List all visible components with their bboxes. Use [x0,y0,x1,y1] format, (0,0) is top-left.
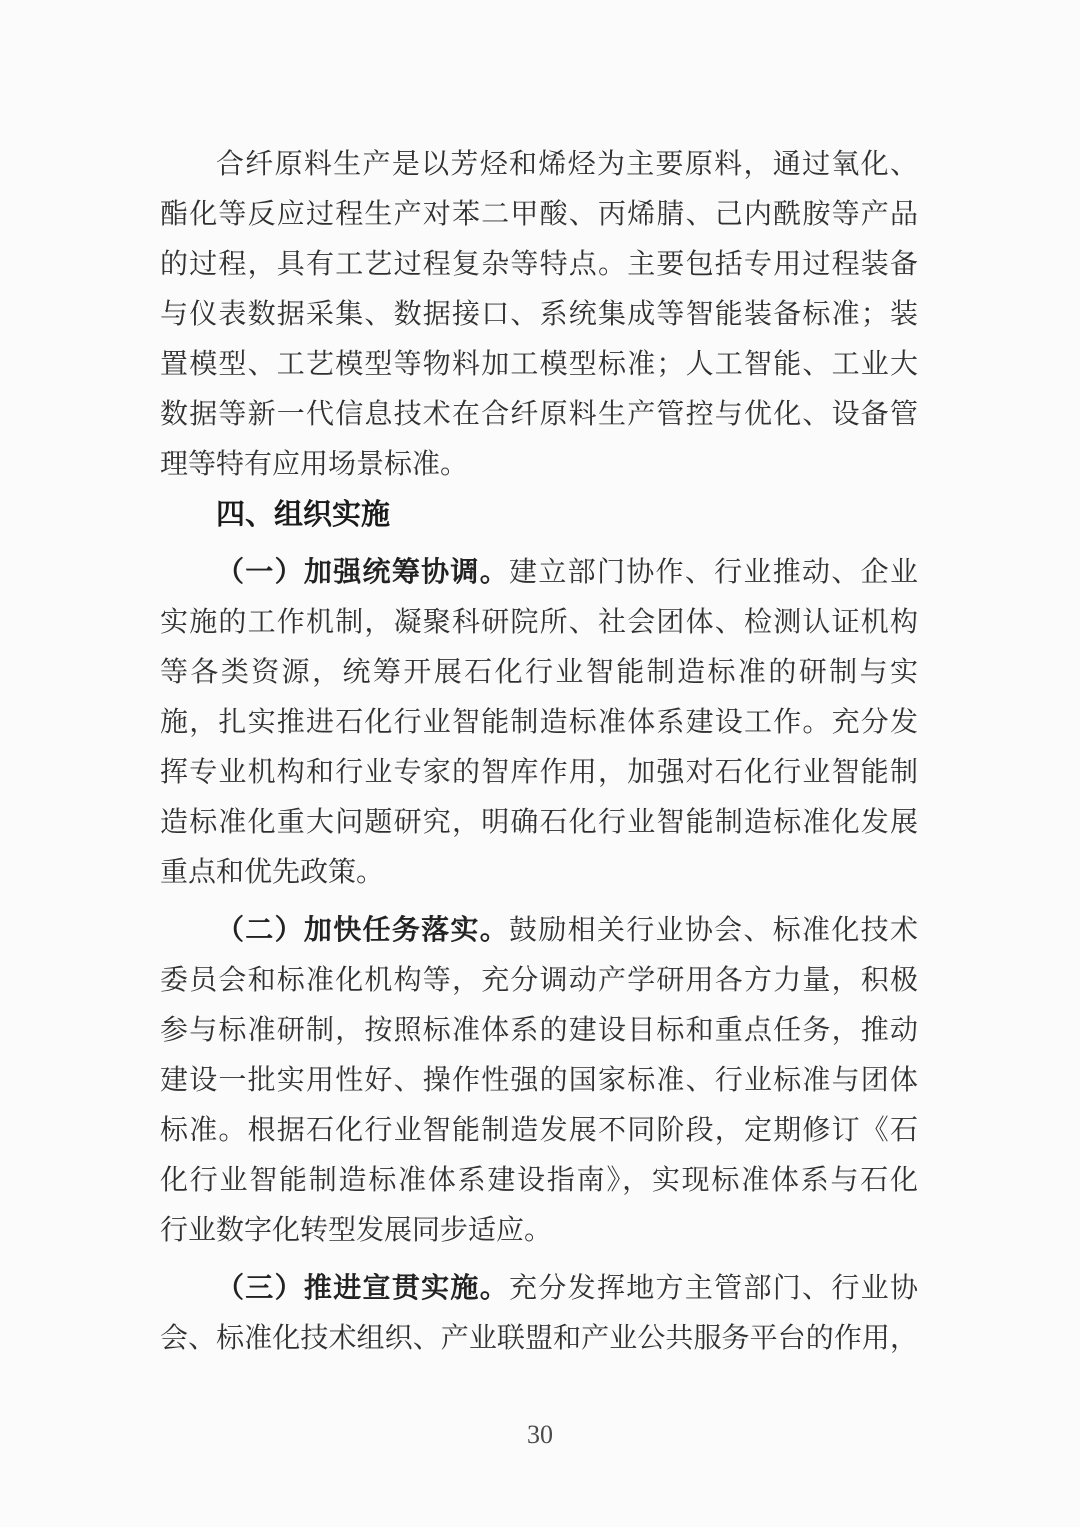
paragraph-lead-in: （二）加快任务落实。 [216,915,509,946]
text-line: 化行业智能制造标准体系建设指南》，实现标准体系与石化 [160,1156,918,1206]
paragraph-lead-in: （一）加强统筹协调。 [216,557,509,588]
paragraph: 合纤原料生产是以芳烃和烯烃为主要原料，通过氧化、酯化等反应过程生产对苯二甲酸、丙… [160,140,918,490]
text-line: 酯化等反应过程生产对苯二甲酸、丙烯腈、己内酰胺等产品 [160,190,918,240]
section-heading: 四、组织实施 [160,490,918,540]
text-line: 行业数字化转型发展同步适应。 [160,1206,918,1256]
text-line: 会、标准化技术组织、产业联盟和产业公共服务平台的作用， [160,1314,918,1364]
text-line: 实施的工作机制，凝聚科研院所、社会团体、检测认证机构 [160,598,918,648]
text-line: 理等特有应用场景标准。 [160,440,918,490]
document-body: 合纤原料生产是以芳烃和烯烃为主要原料，通过氧化、酯化等反应过程生产对苯二甲酸、丙… [160,140,918,1364]
text-line: 置模型、工艺模型等物料加工模型标准；人工智能、工业大 [160,340,918,390]
text-line: 挥专业机构和行业专家的智库作用，加强对石化行业智能制 [160,748,918,798]
paragraph-lead-in: （三）推进宣贯实施。 [216,1273,509,1304]
text-line: 等各类资源，统筹开展石化行业智能制造标准的研制与实 [160,648,918,698]
text-line: 参与标准研制，按照标准体系的建设目标和重点任务，推动 [160,1006,918,1056]
paragraph: （三）推进宣贯实施。充分发挥地方主管部门、行业协会、标准化技术组织、产业联盟和产… [160,1264,918,1364]
text-line: 造标准化重大问题研究，明确石化行业智能制造标准化发展 [160,798,918,848]
text-line: 数据等新一代信息技术在合纤原料生产管控与优化、设备管 [160,390,918,440]
text-line: 施，扎实推进石化行业智能制造标准体系建设工作。充分发 [160,698,918,748]
text-line: （二）加快任务落实。鼓励相关行业协会、标准化技术 [160,906,918,956]
text-line: 与仪表数据采集、数据接口、系统集成等智能装备标准；装 [160,290,918,340]
document-page: 合纤原料生产是以芳烃和烯烃为主要原料，通过氧化、酯化等反应过程生产对苯二甲酸、丙… [0,0,1080,1527]
text-line: 重点和优先政策。 [160,848,918,898]
text-line: 合纤原料生产是以芳烃和烯烃为主要原料，通过氧化、 [160,140,918,190]
page-number: 30 [527,1420,553,1449]
page-footer: 30 [0,1420,1080,1450]
text-line: 标准。根据石化行业智能制造发展不同阶段，定期修订《石 [160,1106,918,1156]
text-line: 的过程，具有工艺过程复杂等特点。主要包括专用过程装备 [160,240,918,290]
text-line: 建设一批实用性好、操作性强的国家标准、行业标准与团体 [160,1056,918,1106]
text-line: （三）推进宣贯实施。充分发挥地方主管部门、行业协 [160,1264,918,1314]
text-line: 委员会和标准化机构等，充分调动产学研用各方力量，积极 [160,956,918,1006]
paragraph: （二）加快任务落实。鼓励相关行业协会、标准化技术委员会和标准化机构等，充分调动产… [160,906,918,1256]
paragraph: （一）加强统筹协调。建立部门协作、行业推动、企业实施的工作机制，凝聚科研院所、社… [160,548,918,898]
text-line: （一）加强统筹协调。建立部门协作、行业推动、企业 [160,548,918,598]
